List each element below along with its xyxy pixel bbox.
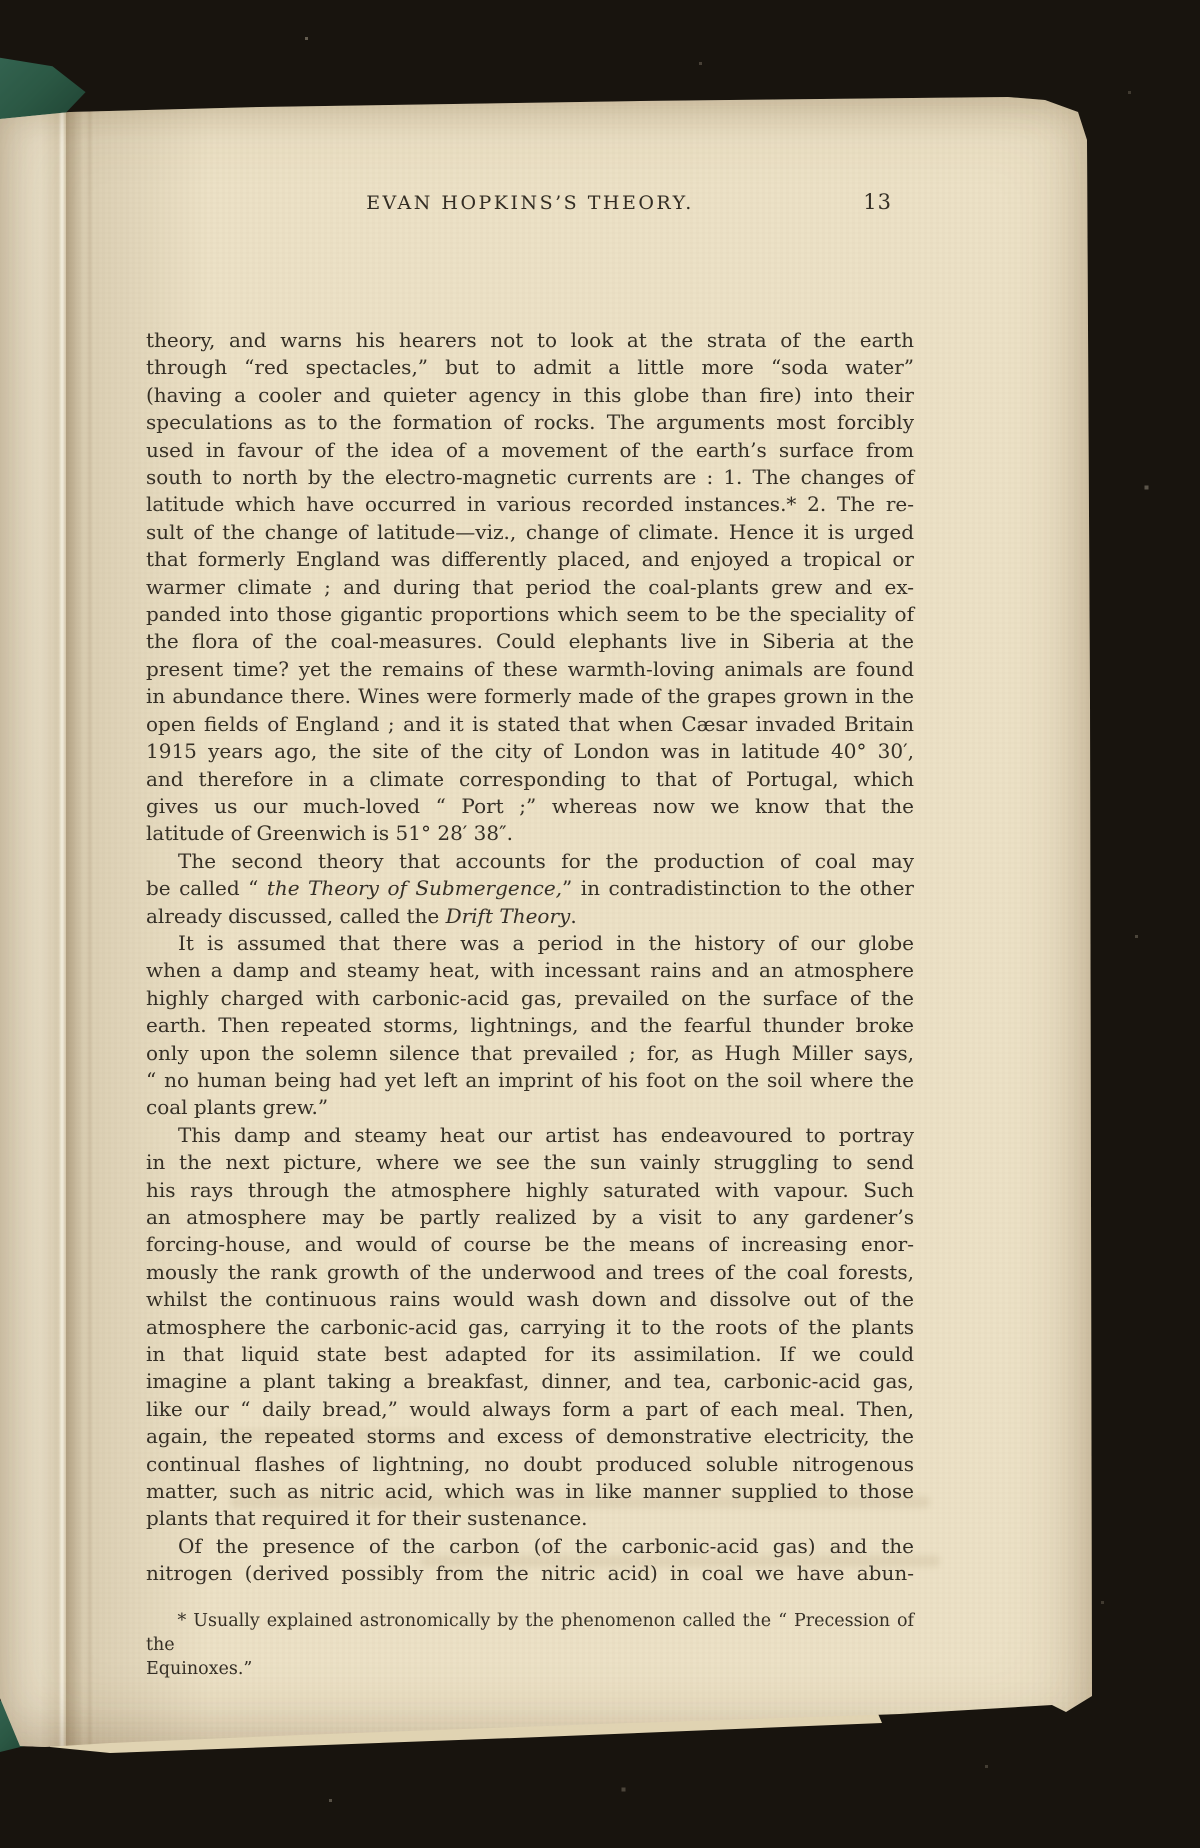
text-line: highly charged with carbonic-acid gas, p… bbox=[146, 985, 914, 1012]
text-line: speculations as to the formation of rock… bbox=[146, 409, 914, 436]
text-line: only upon the solemn silence that prevai… bbox=[146, 1040, 914, 1067]
page-header: EVAN HOPKINS’S THEORY. 13 bbox=[146, 192, 914, 218]
fold-crease bbox=[88, 97, 91, 1749]
text-line: gives us our much-loved “ Port ;” wherea… bbox=[146, 793, 914, 820]
fold-highlight bbox=[60, 97, 64, 1749]
text-line: 1915 years ago, the site of the city of … bbox=[146, 738, 914, 765]
text-line: sult of the change of latitude—viz., cha… bbox=[146, 519, 914, 546]
text-line: through “red spectacles,” but to admit a… bbox=[146, 354, 914, 381]
body-text: theory, and warns his hearers not to loo… bbox=[146, 327, 914, 1588]
text-line: atmosphere the carbonic-acid gas, carryi… bbox=[146, 1314, 914, 1341]
text-line: in abundance there. Wines were formerly … bbox=[146, 683, 914, 710]
text-line: “ no human being had yet left an imprint… bbox=[146, 1067, 914, 1094]
text-segment: already discussed, called the bbox=[146, 904, 446, 928]
text-line: * Usually explained astronomically by th… bbox=[146, 1609, 914, 1657]
paragraph-5: Of the presence of the carbon (of the ca… bbox=[146, 1533, 914, 1588]
text-line: south to north by the electro-magnetic c… bbox=[146, 464, 914, 491]
text-line: whilst the continuous rains would wash d… bbox=[146, 1286, 914, 1313]
text-segment: ” in contradistinction to the other bbox=[562, 876, 914, 900]
text-line: an atmosphere may be partly realized by … bbox=[146, 1204, 914, 1231]
paragraph-1: theory, and warns his hearers not to loo… bbox=[146, 327, 914, 848]
italic-phrase: the Theory of Submergence, bbox=[267, 876, 562, 900]
text-line: plants that required it for their susten… bbox=[146, 1505, 914, 1532]
text-line: open fields of England ; and it is state… bbox=[146, 711, 914, 738]
book-page: EVAN HOPKINS’S THEORY. 13 theory, and wa… bbox=[0, 97, 1094, 1749]
text-line: panded into those gigantic proportions w… bbox=[146, 601, 914, 628]
text-line: The second theory that accounts for the … bbox=[146, 848, 914, 875]
text-line: again, the repeated storms and excess of… bbox=[146, 1423, 914, 1450]
text-line: continual flashes of lightning, no doubt… bbox=[146, 1451, 914, 1478]
text-line: warmer climate ; and during that period … bbox=[146, 574, 914, 601]
text-line: forcing-house, and would of course be th… bbox=[146, 1231, 914, 1258]
text-line: earth. Then repeated storms, lightnings,… bbox=[146, 1012, 914, 1039]
text-line: in the next picture, where we see the su… bbox=[146, 1149, 914, 1176]
text-line: present time? yet the remains of these w… bbox=[146, 656, 914, 683]
running-title: EVAN HOPKINS’S THEORY. bbox=[146, 192, 914, 214]
text-line: matter, such as nitric acid, which was i… bbox=[146, 1478, 914, 1505]
text-line: be called “ the Theory of Submergence,” … bbox=[146, 875, 914, 902]
text-line: Equinoxes.” bbox=[146, 1657, 914, 1681]
text-line: It is assumed that there was a period in… bbox=[146, 930, 914, 957]
paragraph-2: The second theory that accounts for the … bbox=[146, 848, 914, 930]
text-line: Of the presence of the carbon (of the ca… bbox=[146, 1533, 914, 1560]
text-line: latitude of Greenwich is 51° 28′ 38″. bbox=[146, 820, 914, 847]
text-segment: . bbox=[570, 904, 576, 928]
text-line: used in favour of the idea of a movement… bbox=[146, 437, 914, 464]
text-line: (having a cooler and quieter agency in t… bbox=[146, 382, 914, 409]
text-line: This damp and steamy heat our artist has… bbox=[146, 1122, 914, 1149]
text-line: in that liquid state best adapted for it… bbox=[146, 1341, 914, 1368]
text-line: coal plants grew.” bbox=[146, 1094, 914, 1121]
text-line: the flora of the coal-measures. Could el… bbox=[146, 628, 914, 655]
footnote: * Usually explained astronomically by th… bbox=[146, 1609, 914, 1681]
text-line: that formerly England was differently pl… bbox=[146, 546, 914, 573]
text-line: latitude which have occurred in various … bbox=[146, 491, 914, 518]
page-number: 13 bbox=[863, 190, 892, 214]
gutter-fold-strip bbox=[0, 97, 62, 1749]
text-line: theory, and warns his hearers not to loo… bbox=[146, 327, 914, 354]
text-line: nitrogen (derived possibly from the nitr… bbox=[146, 1560, 914, 1587]
dust-specks bbox=[0, 0, 1, 1]
text-line: his rays through the atmosphere highly s… bbox=[146, 1177, 914, 1204]
text-line: when a damp and steamy heat, with incess… bbox=[146, 957, 914, 984]
scanner-background: { "header": { "title": "EVAN HOPKINS’S T… bbox=[0, 0, 1200, 1848]
text-line: already discussed, called the Drift Theo… bbox=[146, 903, 914, 930]
text-segment: be called “ bbox=[146, 876, 267, 900]
text-line: like our “ daily bread,” would always fo… bbox=[146, 1396, 914, 1423]
paragraph-3: It is assumed that there was a period in… bbox=[146, 930, 914, 1122]
text-line: imagine a plant taking a breakfast, dinn… bbox=[146, 1368, 914, 1395]
paragraph-4: This damp and steamy heat our artist has… bbox=[146, 1122, 914, 1533]
text-line: mously the rank growth of the underwood … bbox=[146, 1259, 914, 1286]
book-scan: EVAN HOPKINS’S THEORY. 13 theory, and wa… bbox=[0, 0, 1200, 1848]
fold-shadow bbox=[66, 97, 84, 1749]
italic-phrase: Drift Theory bbox=[446, 904, 571, 928]
text-line: and therefore in a climate corresponding… bbox=[146, 766, 914, 793]
